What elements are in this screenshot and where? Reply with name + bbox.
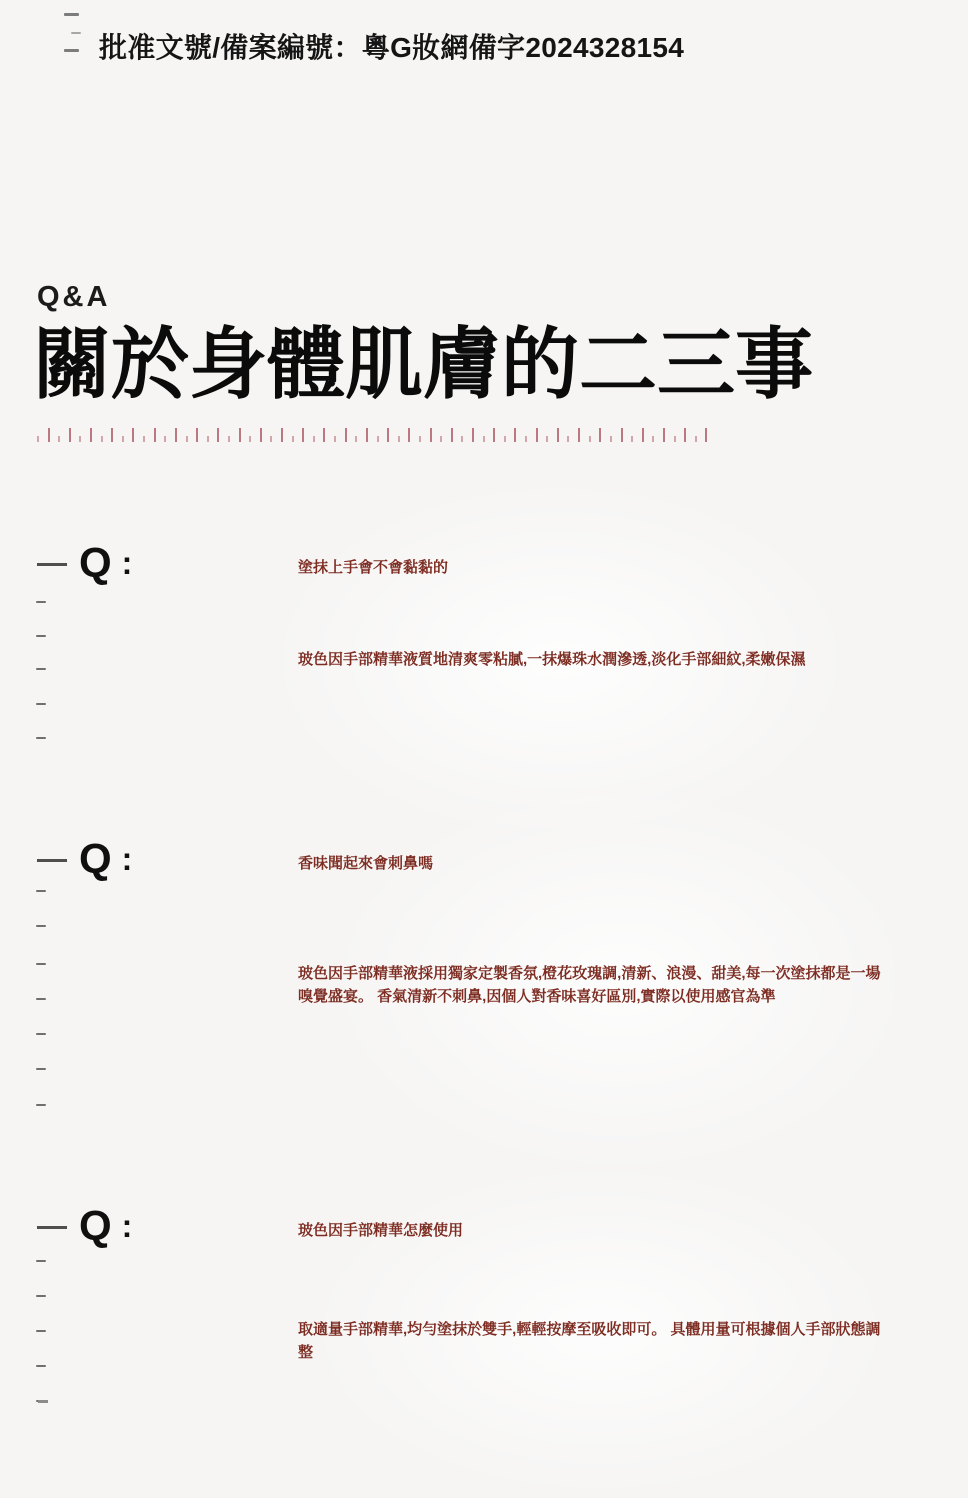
qa-section-label: Q&A xyxy=(37,281,110,314)
q-marker-dash xyxy=(37,1226,67,1229)
decorative-dash xyxy=(36,737,46,739)
decorative-dash xyxy=(36,890,46,892)
ruler-tick xyxy=(270,436,272,442)
ruler-tick xyxy=(355,436,357,442)
ruler-tick xyxy=(430,428,432,442)
ruler-tick xyxy=(461,436,463,442)
decorative-dash xyxy=(64,13,79,16)
approval-number-text: 批准文號/備案編號：粵G妝網備字2024328154 xyxy=(99,26,684,66)
ruler-tick xyxy=(69,428,71,442)
decorative-dash xyxy=(36,1033,46,1035)
decorative-dash xyxy=(36,1365,46,1367)
ruler-tick xyxy=(493,428,495,442)
ruler-tick xyxy=(207,436,209,442)
decorative-dash xyxy=(36,703,46,705)
ruler-tick xyxy=(101,436,103,442)
ruler-tick xyxy=(90,428,92,442)
ruler-tick xyxy=(260,428,262,442)
ruler-tick xyxy=(610,436,612,442)
ruler-tick xyxy=(642,428,644,442)
ruler-tick xyxy=(589,436,591,442)
q-letter: Q xyxy=(79,838,112,880)
ruler-tick xyxy=(557,428,559,442)
ruler-tick xyxy=(514,428,516,442)
ruler-tick xyxy=(196,428,198,442)
ruler-tick xyxy=(366,428,368,442)
ruler-tick xyxy=(334,436,336,442)
decorative-dash xyxy=(64,49,79,52)
answer-text: 玻色因手部精華液採用獨家定製香氛,橙花玫瑰調,清新、浪漫、甜美,每一次塗抹都是一… xyxy=(298,962,883,1008)
ruler-tick xyxy=(58,436,60,442)
question-text: 玻色因手部精華怎麼使用 xyxy=(298,1219,463,1240)
ruler-tick xyxy=(345,428,347,442)
decorative-dash xyxy=(36,998,46,1000)
ruler-tick xyxy=(621,428,623,442)
ruler-tick xyxy=(578,428,580,442)
ruler-tick xyxy=(536,428,538,442)
ruler-tick xyxy=(663,428,665,442)
qa-item: Q : 香味聞起來會刺鼻嗎 玻色因手部精華液採用獨家定製香氛,橙花玫瑰調,清新、… xyxy=(0,846,968,1213)
decorative-dash xyxy=(36,925,46,927)
ruler-tick xyxy=(122,436,124,442)
ruler-tick xyxy=(164,436,166,442)
ruler-tick xyxy=(631,436,633,442)
ruler-tick xyxy=(323,428,325,442)
ruler-tick xyxy=(525,436,527,442)
ruler-tick xyxy=(37,436,39,442)
ruler-tick xyxy=(652,436,654,442)
q-label: Q : xyxy=(79,542,132,584)
ruler-tick xyxy=(408,428,410,442)
decorative-dash xyxy=(36,1068,46,1070)
ruler-tick xyxy=(451,428,453,442)
ruler-tick xyxy=(154,428,156,442)
ruler-tick xyxy=(387,428,389,442)
qa-item: Q : 玻色因手部精華怎麼使用 取適量手部精華,均勻塗抹於雙手,輕輕按摩至吸收即… xyxy=(0,1213,968,1453)
decorative-dash xyxy=(36,1104,46,1106)
ruler-tick xyxy=(440,436,442,442)
q-colon: : xyxy=(122,843,133,875)
q-letter: Q xyxy=(79,542,112,584)
ruler-tick xyxy=(175,428,177,442)
decorative-dash xyxy=(71,32,81,34)
ruler-tick xyxy=(111,428,113,442)
decorative-dash xyxy=(36,635,46,637)
ruler-tick xyxy=(79,436,81,442)
ruler-tick xyxy=(302,428,304,442)
ruler-tick xyxy=(695,436,697,442)
decorative-dash xyxy=(36,963,46,965)
ruler-tick xyxy=(684,428,686,442)
ruler-tick xyxy=(483,436,485,442)
q-colon: : xyxy=(122,1210,133,1242)
qa-item: Q : 塗抹上手會不會黏黏的 玻色因手部精華液質地清爽零粘膩,一抹爆珠水潤滲透,… xyxy=(0,550,968,846)
ruler-tick xyxy=(377,436,379,442)
ruler-tick xyxy=(504,436,506,442)
ruler-tick xyxy=(249,436,251,442)
decorative-dash xyxy=(36,668,46,670)
product-detail-qa-page: 批准文號/備案編號：粵G妝網備字2024328154 Q&A 關於身體肌膚的二三… xyxy=(0,0,968,1498)
q-marker-dash xyxy=(37,563,67,566)
ruler-tick xyxy=(281,428,283,442)
ruler-tick xyxy=(398,436,400,442)
page-title: 關於身體肌膚的二三事 xyxy=(33,324,813,406)
ruler-tick xyxy=(546,436,548,442)
q-label: Q : xyxy=(79,1205,132,1247)
ruler-divider xyxy=(37,427,708,442)
ruler-tick xyxy=(48,428,50,442)
decorative-dash xyxy=(36,1260,46,1262)
ruler-tick xyxy=(419,436,421,442)
ruler-tick xyxy=(674,436,676,442)
ruler-tick xyxy=(239,428,241,442)
ruler-tick xyxy=(228,436,230,442)
ruler-tick xyxy=(599,428,601,442)
ruler-tick xyxy=(132,428,134,442)
ruler-tick xyxy=(313,436,315,442)
decorative-dash xyxy=(36,1330,46,1332)
decorative-dash xyxy=(36,1295,46,1297)
answer-text: 取適量手部精華,均勻塗抹於雙手,輕輕按摩至吸收即可。 具體用量可根據個人手部狀態… xyxy=(298,1318,883,1364)
ruler-tick xyxy=(567,436,569,442)
question-text: 香味聞起來會刺鼻嗎 xyxy=(298,852,433,873)
question-text: 塗抹上手會不會黏黏的 xyxy=(298,556,448,577)
decorative-dash xyxy=(38,1400,48,1403)
q-label: Q : xyxy=(79,838,132,880)
ruler-tick xyxy=(186,436,188,442)
ruler-tick xyxy=(705,428,707,442)
ruler-tick xyxy=(292,436,294,442)
ruler-tick xyxy=(472,428,474,442)
ruler-tick xyxy=(143,436,145,442)
decorative-dash xyxy=(36,601,46,603)
q-marker-dash xyxy=(37,859,67,862)
q-letter: Q xyxy=(79,1205,112,1247)
q-colon: : xyxy=(122,547,133,579)
ruler-tick xyxy=(217,428,219,442)
answer-text: 玻色因手部精華液質地清爽零粘膩,一抹爆珠水潤滲透,淡化手部細紋,柔嫩保濕 xyxy=(298,648,883,671)
